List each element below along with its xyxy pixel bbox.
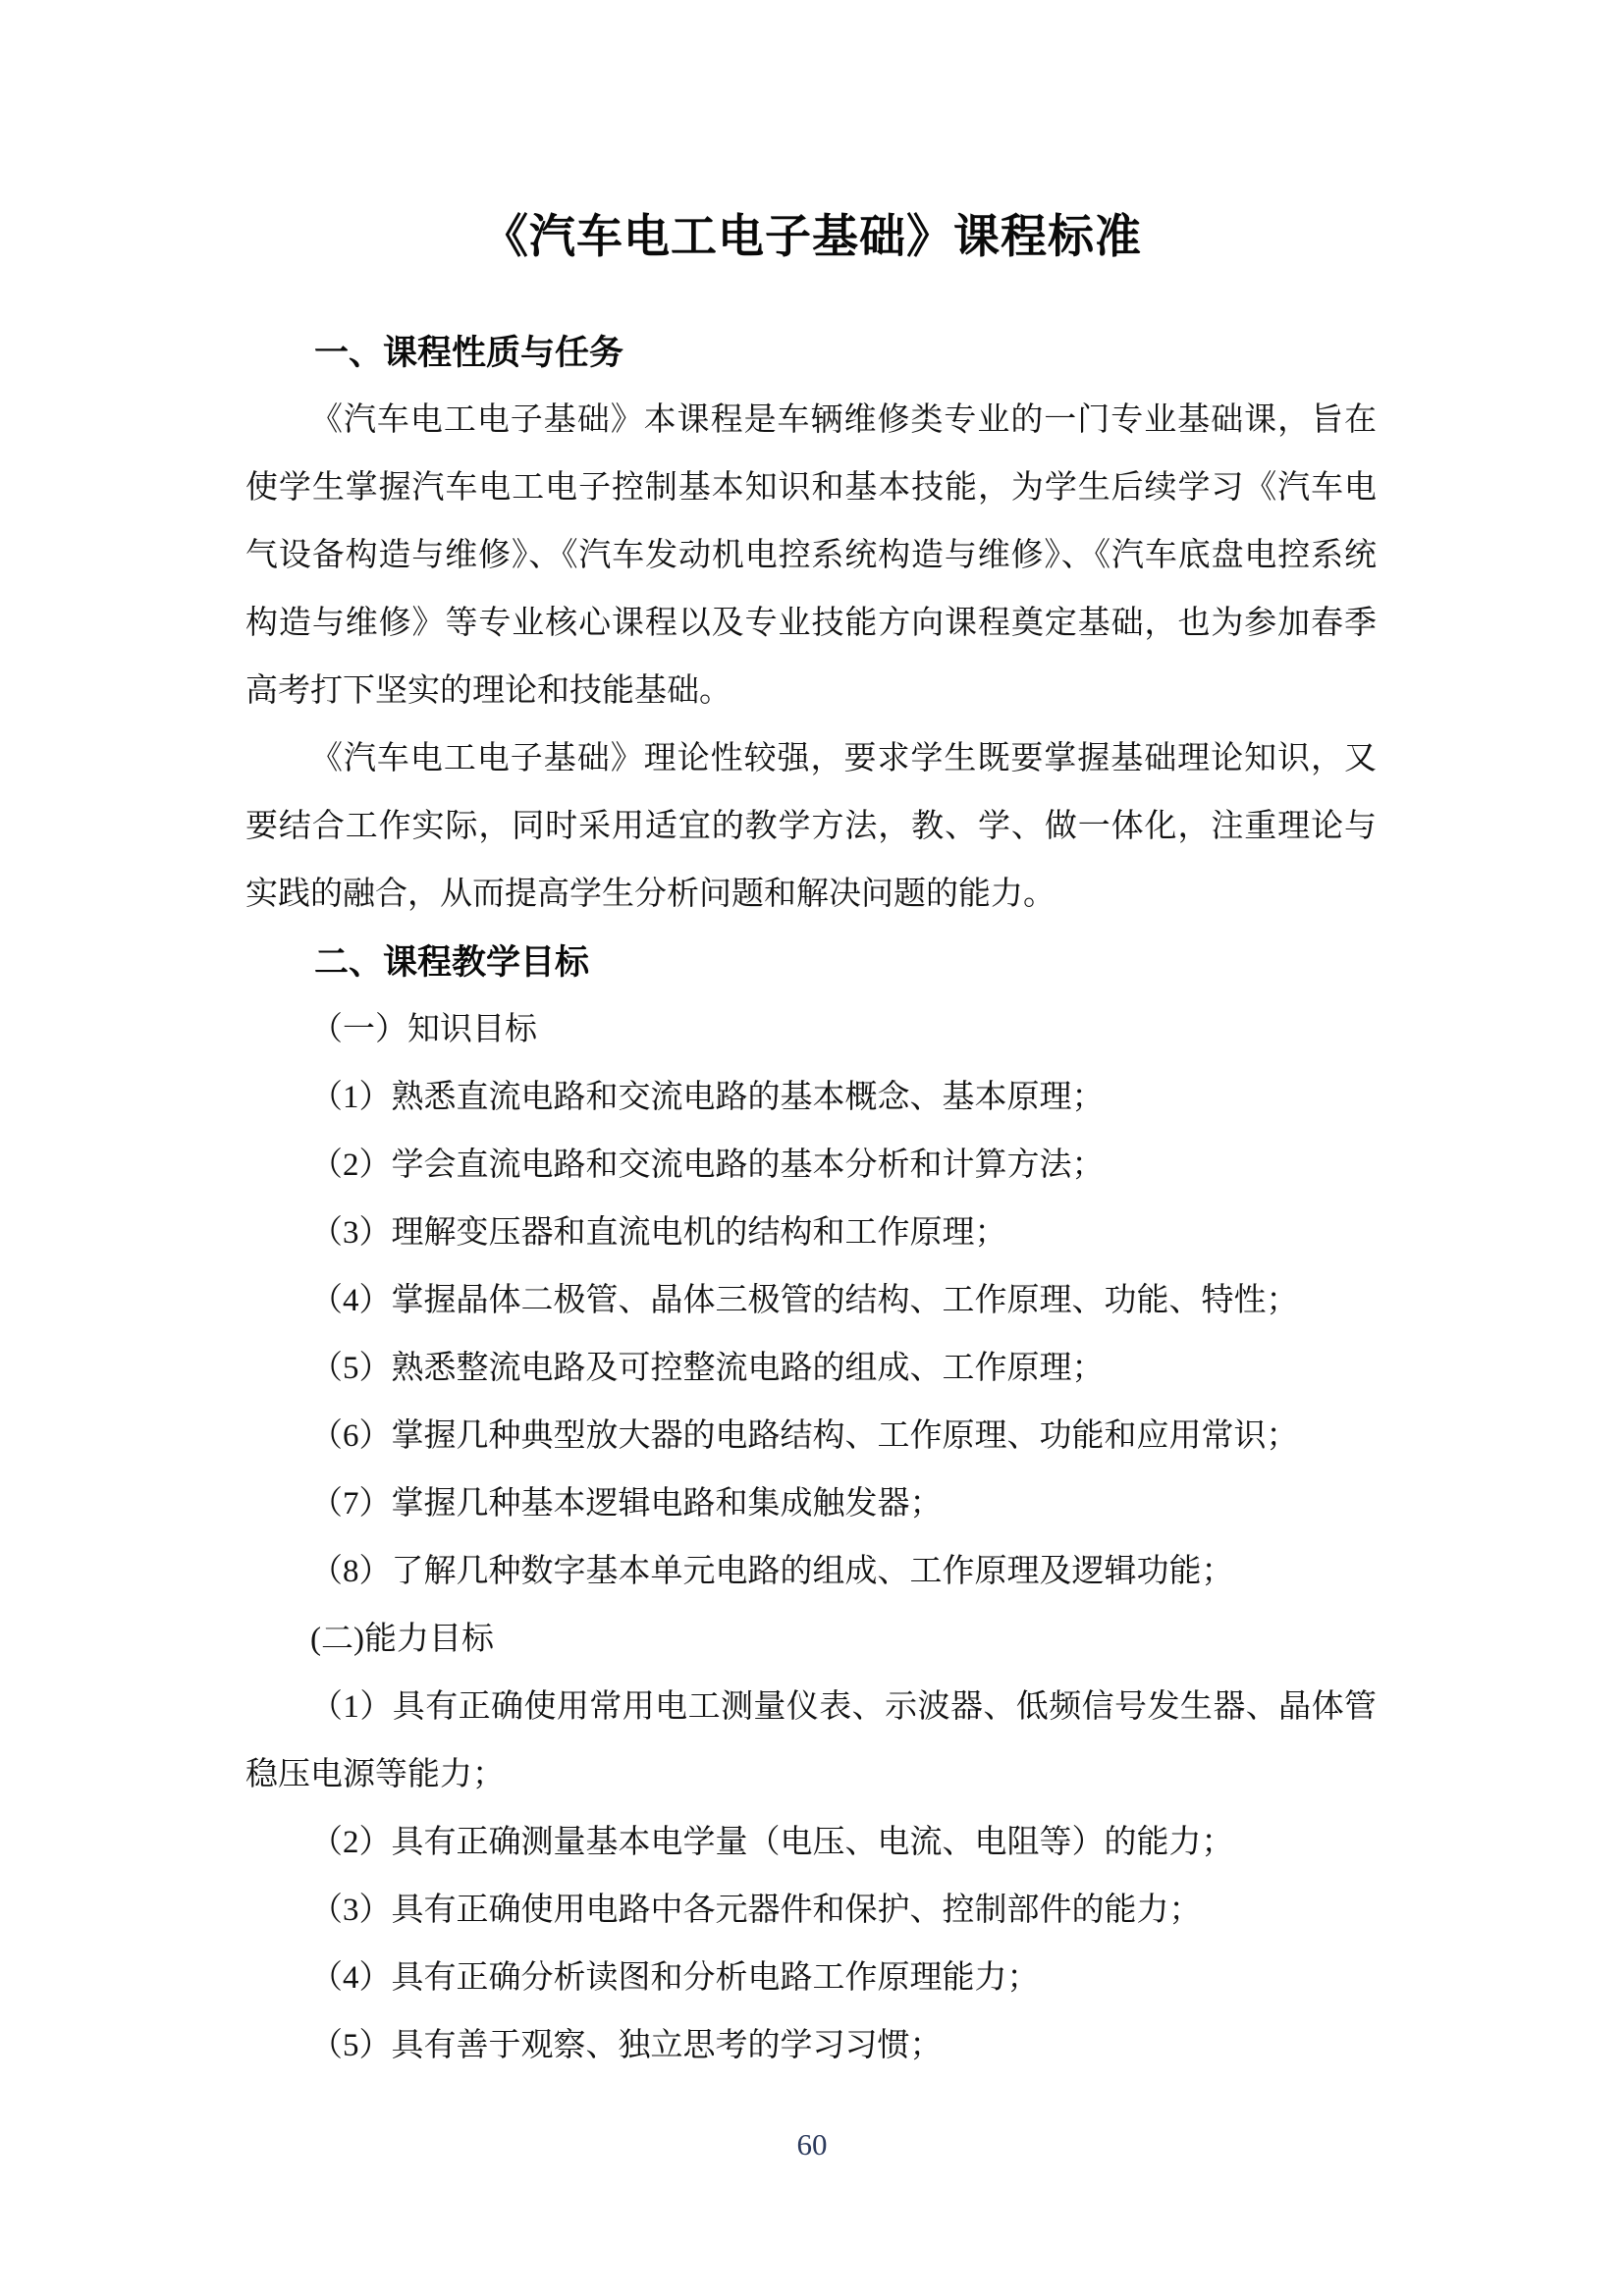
knowledge-goal-item-2: （2）学会直流电路和交流电路的基本分析和计算方法； [245,1132,1377,1200]
knowledge-goals-label: （一）知识目标 [245,996,1377,1064]
knowledge-goal-item-4: （4）掌握晶体二极管、晶体三极管的结构、工作原理、功能、特性； [245,1267,1377,1335]
knowledge-goal-item-6: （6）掌握几种典型放大器的电路结构、工作原理、功能和应用常识； [245,1403,1377,1470]
knowledge-goal-item-1: （1）熟悉直流电路和交流电路的基本概念、基本原理； [245,1064,1377,1132]
page-number: 60 [797,2127,828,2162]
ability-goal-item-4: （4）具有正确分析读图和分析电路工作原理能力； [245,1945,1377,2012]
section-1-heading: 一、课程性质与任务 [245,319,1377,387]
section-1-paragraph-2: 《汽车电工电子基础》理论性较强，要求学生既要掌握基础理论知识，又要结合工作实际，… [245,725,1377,929]
ability-goal-item-1: （1）具有正确使用常用电工测量仪表、示波器、低频信号发生器、晶体管稳压电源等能力… [245,1674,1377,1809]
section-2-heading: 二、课程教学目标 [245,929,1377,996]
page-footer: 60 [0,2125,1624,2164]
document-body: 一、课程性质与任务 《汽车电工电子基础》本课程是车辆维修类专业的一门专业基础课，… [245,319,1377,2080]
knowledge-goal-item-8: （8）了解几种数字基本单元电路的组成、工作原理及逻辑功能； [245,1538,1377,1606]
section-1-paragraph-1: 《汽车电工电子基础》本课程是车辆维修类专业的一门专业基础课，旨在使学生掌握汽车电… [245,387,1377,725]
document-title: 《汽车电工电子基础》课程标准 [0,0,1624,268]
document-page: 《汽车电工电子基础》课程标准 一、课程性质与任务 《汽车电工电子基础》本课程是车… [0,0,1624,2296]
ability-goal-item-2: （2）具有正确测量基本电学量（电压、电流、电阻等）的能力； [245,1809,1377,1877]
knowledge-goal-item-3: （3）理解变压器和直流电机的结构和工作原理； [245,1200,1377,1267]
ability-goals-label: (二)能力目标 [245,1606,1377,1674]
ability-goal-item-3: （3）具有正确使用电路中各元器件和保护、控制部件的能力； [245,1877,1377,1945]
ability-goal-item-5: （5）具有善于观察、独立思考的学习习惯； [245,2012,1377,2080]
knowledge-goal-item-7: （7）掌握几种基本逻辑电路和集成触发器； [245,1470,1377,1538]
knowledge-goal-item-5: （5）熟悉整流电路及可控整流电路的组成、工作原理； [245,1335,1377,1403]
